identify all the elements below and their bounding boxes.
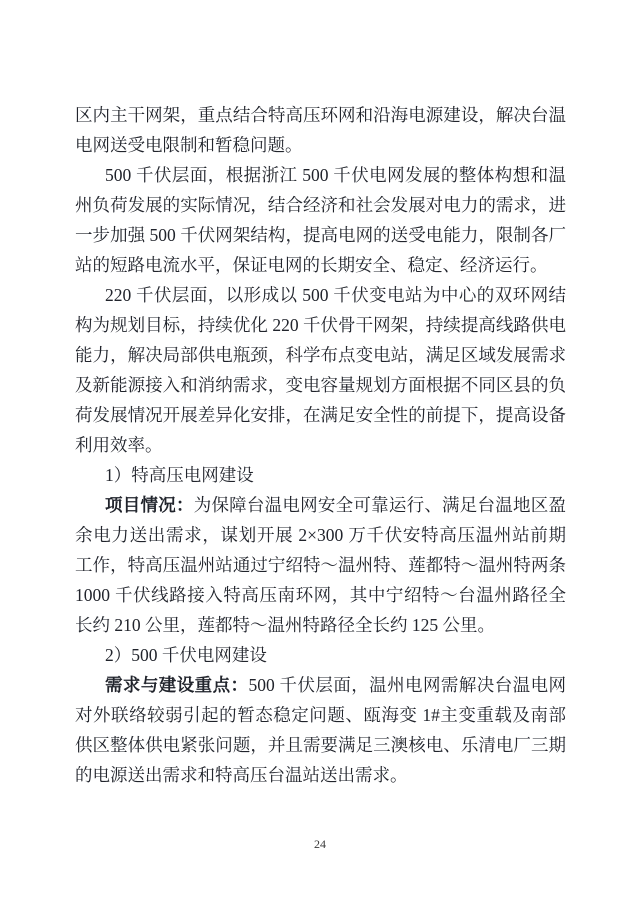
paragraph-lead-label: 项目情况： — [105, 495, 194, 515]
document-body: 区内主干网架，重点结合特高压环网和沿海电源建设，解决台温电网送受电限制和暂稳问题… — [75, 100, 566, 790]
body-paragraph-project-overview: 项目情况：为保障台温电网安全可靠运行、满足台温地区盈余电力送出需求，谋划开展 2… — [75, 490, 566, 640]
paragraph-text: 为保障台温电网安全可靠运行、满足台温地区盈余电力送出需求，谋划开展 2×300 … — [75, 495, 566, 635]
subheading-500kv-grid-construction: 2）500 千伏电网建设 — [75, 640, 566, 670]
body-paragraph-continuation: 区内主干网架，重点结合特高压环网和沿海电源建设，解决台温电网送受电限制和暂稳问题… — [75, 100, 566, 160]
body-paragraph-needs-and-key-points: 需求与建设重点：500 千伏层面，温州电网需解决台温电网对外联络较弱引起的暂态稳… — [75, 670, 566, 790]
subheading-uhv-grid-construction: 1）特高压电网建设 — [75, 460, 566, 490]
body-paragraph-500kv-level: 500 千伏层面，根据浙江 500 千伏电网发展的整体构想和温州负荷发展的实际情… — [75, 160, 566, 280]
paragraph-lead-label: 需求与建设重点： — [105, 675, 248, 695]
document-page: 区内主干网架，重点结合特高压环网和沿海电源建设，解决台温电网送受电限制和暂稳问题… — [0, 0, 640, 905]
page-number: 24 — [0, 836, 640, 852]
body-paragraph-220kv-level: 220 千伏层面，以形成以 500 千伏变电站为中心的双环网结构为规划目标，持续… — [75, 280, 566, 460]
